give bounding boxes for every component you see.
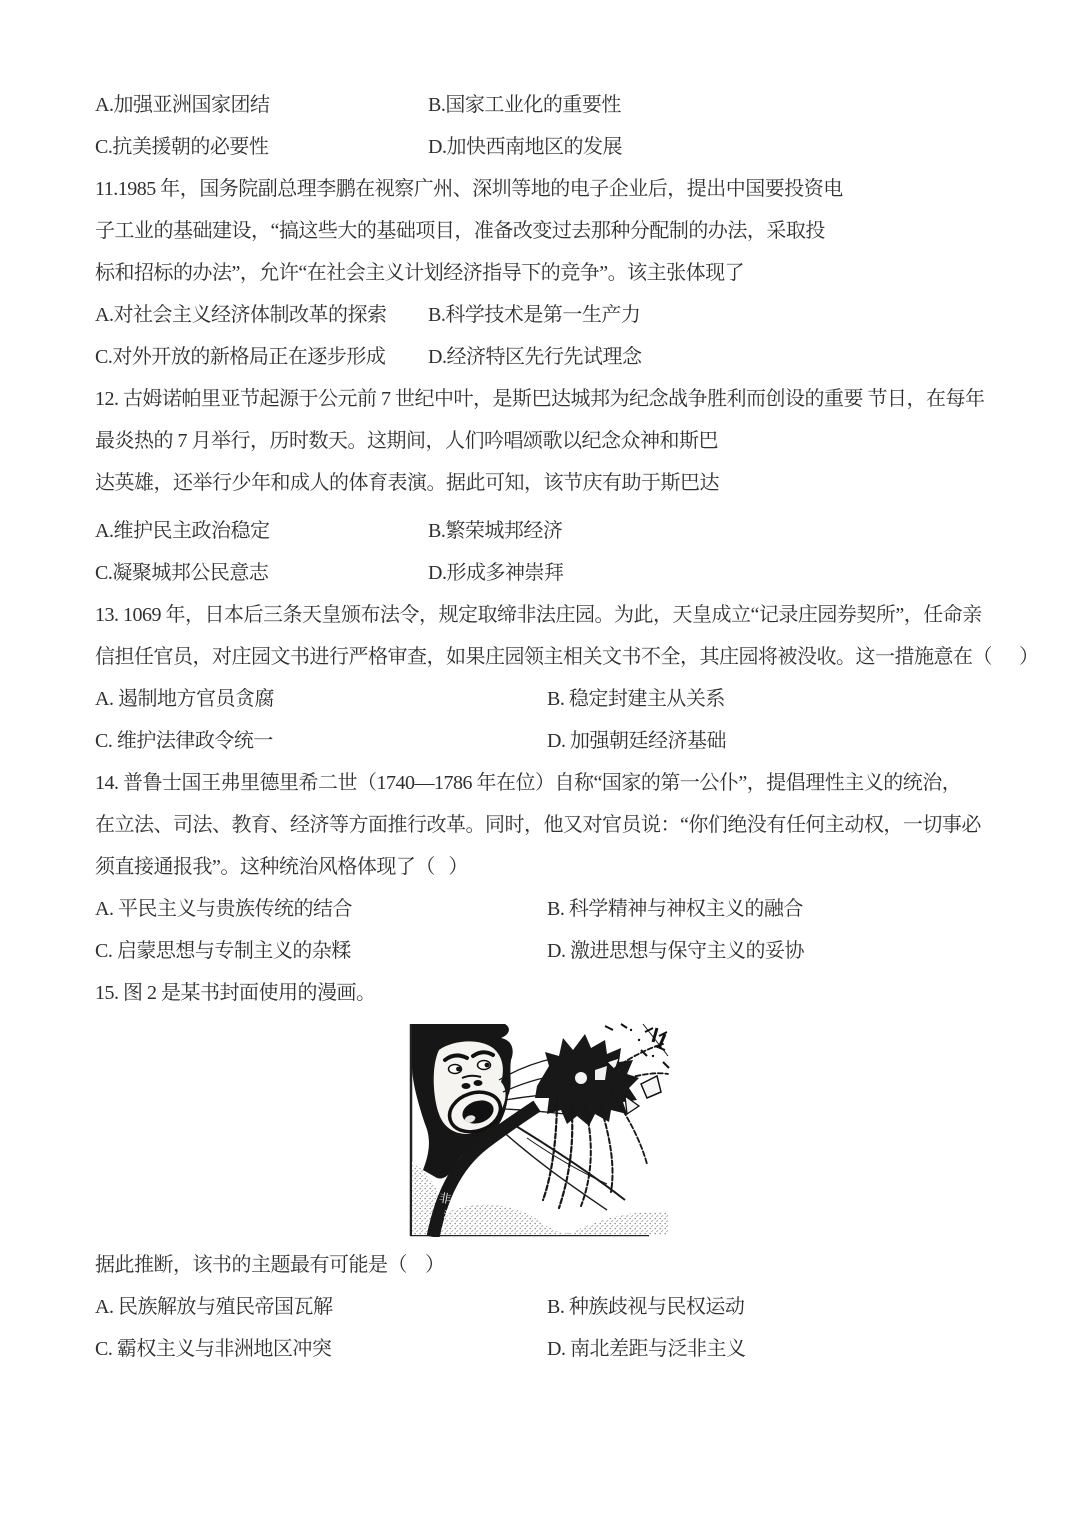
q12-options-row-cd: C.凝聚城邦公民意志 D.形成多神崇拜 bbox=[95, 552, 990, 594]
q11-option-a: A.对社会主义经济体制改革的探索 bbox=[95, 294, 428, 336]
q11-stem-line-2: 子工业的基础建设，“搞这些大的基础项目，准备改变过去那种分配制的办法，采取投 bbox=[95, 210, 990, 252]
cartoon-svg: 非 洲 bbox=[409, 1022, 670, 1237]
q10-options-row-ab: A.加强亚洲国家团结 B.国家工业化的重要性 bbox=[95, 84, 990, 126]
q13-option-d: D. 加强朝廷经济基础 bbox=[547, 720, 726, 762]
q12-stem-line-3: 达英雄，还举行少年和成人的体育表演。据此可知，该节庆有助于斯巴达 bbox=[95, 462, 990, 504]
q10-option-d: D.加快西南地区的发展 bbox=[428, 126, 622, 168]
q14-option-d: D. 激进思想与保守主义的妥协 bbox=[547, 930, 804, 972]
figure-label-africa-char-1: 非 bbox=[438, 1190, 452, 1207]
q15-option-a: A. 民族解放与殖民帝国瓦解 bbox=[95, 1286, 547, 1328]
q14-option-b: B. 科学精神与神权主义的融合 bbox=[547, 888, 803, 930]
q11-stem-line-3: 标和招标的办法”，允许“在社会主义计划经济指导下的竞争”。该主张体现了 bbox=[95, 252, 990, 294]
q13-stem-line-1: 13. 1069 年，日本后三条天皇颁布法令，规定取缔非法庄园。为此，天皇成立“… bbox=[95, 594, 990, 636]
q15-figure-cartoon: 非 洲 bbox=[409, 1022, 670, 1237]
q13-option-b: B. 稳定封建主从关系 bbox=[547, 678, 725, 720]
q12-option-d: D.形成多神崇拜 bbox=[428, 552, 563, 594]
q13-options-row-cd: C. 维护法律政令统一 D. 加强朝廷经济基础 bbox=[95, 720, 990, 762]
q11-options-row-ab: A.对社会主义经济体制改革的探索 B.科学技术是第一生产力 bbox=[95, 294, 990, 336]
q13-stem-line-2: 信担任官员，对庄园文书进行严格审查，如果庄园领主相关文书不全，其庄园将被没收。这… bbox=[95, 636, 990, 678]
figure-label-africa-char-2: 洲 bbox=[442, 1209, 455, 1224]
q12-options-row-ab: A.维护民主政治稳定 B.繁荣城邦经济 bbox=[95, 510, 990, 552]
q14-options-row-ab: A. 平民主义与贵族传统的结合 B. 科学精神与神权主义的融合 bbox=[95, 888, 990, 930]
q12-option-a: A.维护民主政治稳定 bbox=[95, 510, 428, 552]
q12-option-b: B.繁荣城邦经济 bbox=[428, 510, 562, 552]
q13-options-row-ab: A. 遏制地方官员贪腐 B. 稳定封建主从关系 bbox=[95, 678, 990, 720]
q12-stem-line-2: 最炎热的 7 月举行，历时数天。这期间，人们吟唱颂歌以纪念众神和斯巴 bbox=[95, 420, 990, 462]
q11-option-b: B.科学技术是第一生产力 bbox=[428, 294, 640, 336]
q13-option-c: C. 维护法律政令统一 bbox=[95, 720, 547, 762]
q14-option-c: C. 启蒙思想与专制主义的杂糅 bbox=[95, 930, 547, 972]
q14-options-row-cd: C. 启蒙思想与专制主义的杂糅 D. 激进思想与保守主义的妥协 bbox=[95, 930, 990, 972]
exam-page: A.加强亚洲国家团结 B.国家工业化的重要性 C.抗美援朝的必要性 D.加快西南… bbox=[0, 0, 1080, 1527]
q14-option-a: A. 平民主义与贵族传统的结合 bbox=[95, 888, 547, 930]
q15-options-row-cd: C. 霸权主义与非洲地区冲突 D. 南北差距与泛非主义 bbox=[95, 1328, 990, 1370]
q15-options-row-ab: A. 民族解放与殖民帝国瓦解 B. 种族歧视与民权运动 bbox=[95, 1286, 990, 1328]
q10-options-row-cd: C.抗美援朝的必要性 D.加快西南地区的发展 bbox=[95, 126, 990, 168]
q15-option-c: C. 霸权主义与非洲地区冲突 bbox=[95, 1328, 547, 1370]
q15-intro-line: 15. 图 2 是某书封面使用的漫画。 bbox=[95, 972, 990, 1014]
q10-option-c: C.抗美援朝的必要性 bbox=[95, 126, 428, 168]
q15-question-line: 据此推断，该书的主题最有可能是（ ） bbox=[95, 1244, 990, 1286]
q11-stem-line-1: 11.1985 年，国务院副总理李鹏在视察广州、深圳等地的电子企业后，提出中国要… bbox=[95, 168, 990, 210]
q15-option-b: B. 种族歧视与民权运动 bbox=[547, 1286, 744, 1328]
q11-options-row-cd: C.对外开放的新格局正在逐步形成 D.经济特区先行先试理念 bbox=[95, 336, 990, 378]
q12-option-c: C.凝聚城邦公民意志 bbox=[95, 552, 428, 594]
q11-option-d: D.经济特区先行先试理念 bbox=[428, 336, 641, 378]
q13-option-a: A. 遏制地方官员贪腐 bbox=[95, 678, 547, 720]
q12-stem-line-1: 12. 古姆诺帕里亚节起源于公元前 7 世纪中叶，是斯巴达城邦为纪念战争胜利而创… bbox=[95, 378, 990, 420]
q14-stem-line-3: 须直接通报我”。这种统治风格体现了（ ） bbox=[95, 846, 990, 888]
q15-option-d: D. 南北差距与泛非主义 bbox=[547, 1328, 745, 1370]
q10-option-b: B.国家工业化的重要性 bbox=[428, 84, 621, 126]
q11-option-c: C.对外开放的新格局正在逐步形成 bbox=[95, 336, 428, 378]
q14-stem-line-1: 14. 普鲁士国王弗里德里希二世（1740—1786 年在位）自称“国家的第一公… bbox=[95, 762, 990, 804]
q14-stem-line-2: 在立法、司法、教育、经济等方面推行改革。同时，他又对官员说：“你们绝没有任何主动… bbox=[95, 804, 990, 846]
q10-option-a: A.加强亚洲国家团结 bbox=[95, 84, 428, 126]
